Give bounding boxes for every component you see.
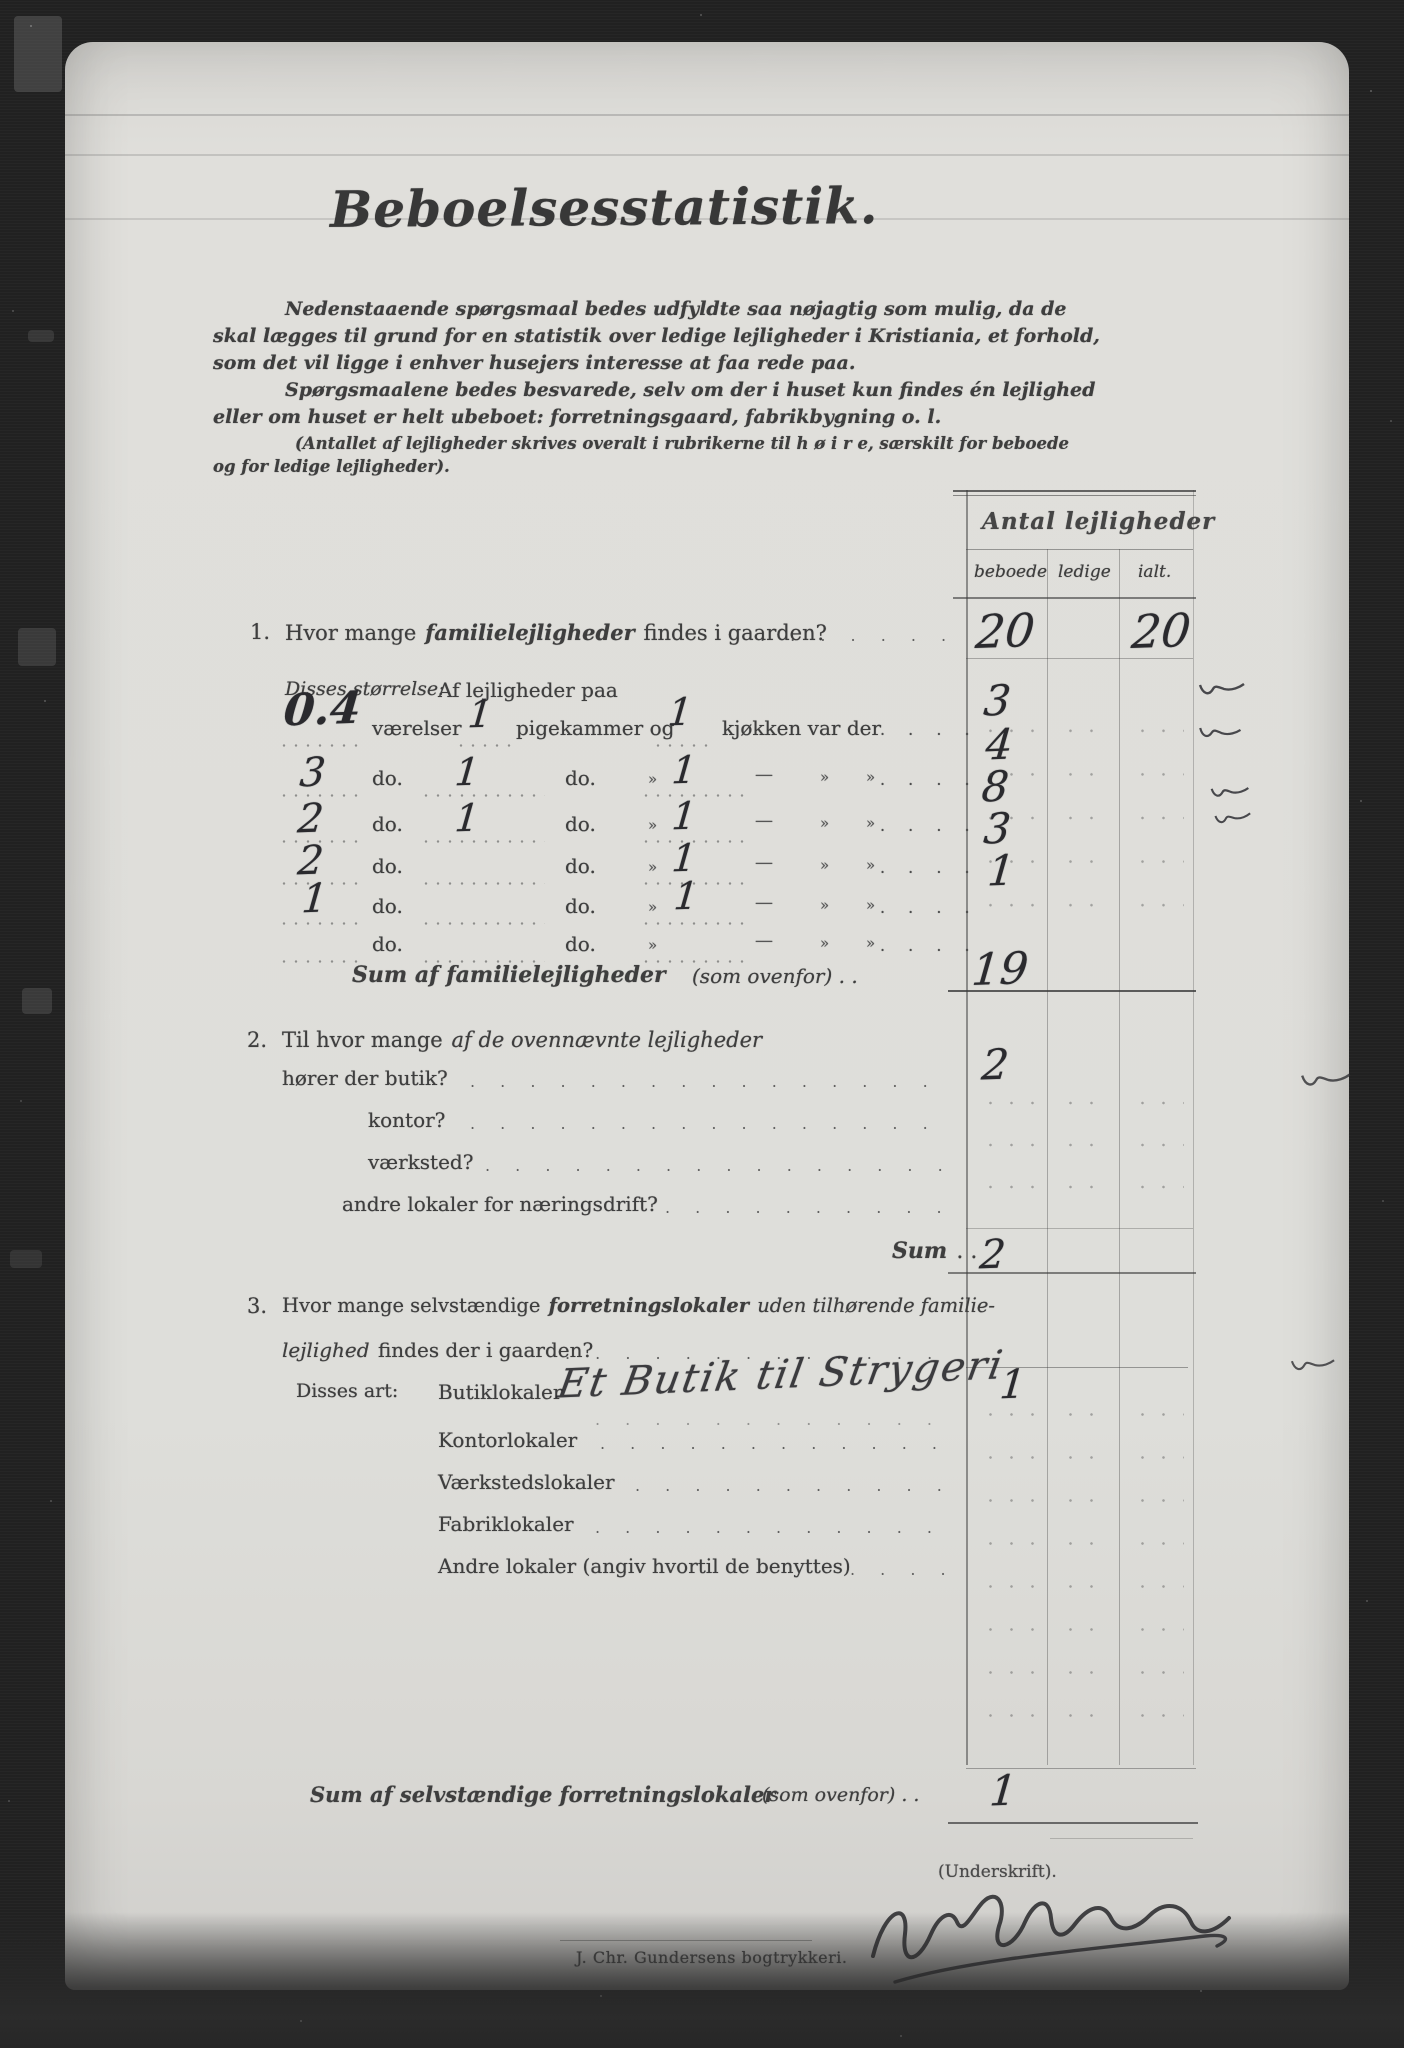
q1-row2-rooms: 2 bbox=[296, 796, 326, 843]
q1-row1-rooms: 3 bbox=[298, 750, 328, 797]
table-cell-dots bbox=[1128, 1392, 1184, 1744]
q3-text-emphasis: forretningslokaler bbox=[549, 1294, 749, 1317]
film-edge-mark bbox=[10, 1250, 42, 1268]
ditto-mark: » bbox=[648, 770, 657, 788]
table-vline-left bbox=[966, 490, 968, 1765]
intro-line-4: Spørgsmaalene bedes besvarede, selv om d… bbox=[285, 379, 1095, 401]
table-col-ialt: ialt. bbox=[1138, 562, 1171, 582]
dot-leader: . . . . . . . . . . . . . . . . . . . . … bbox=[595, 1412, 948, 1428]
film-edge-mark bbox=[28, 330, 54, 342]
table-col-beboede: beboede bbox=[974, 562, 1047, 582]
q1-row3-pigelabel: do. bbox=[565, 854, 596, 878]
q1-row4-rooms: 1 bbox=[300, 876, 330, 923]
q2-item-kontor: kontor? bbox=[368, 1108, 445, 1132]
checkmark-icon bbox=[1300, 1068, 1352, 1094]
q1-text-emphasis: familielejligheder bbox=[425, 620, 634, 645]
q1-row2-pigelabel: do. bbox=[565, 812, 596, 836]
row-dots: . . . . bbox=[880, 858, 979, 877]
q1-row5-unit: do. bbox=[372, 932, 403, 956]
q2-item-andre: andre lokaler for næringsdrift? bbox=[342, 1192, 658, 1216]
q3-item-vaerkstedslokaler: Værkstedslokaler bbox=[438, 1470, 615, 1494]
q2-sum-rule bbox=[948, 1272, 1196, 1274]
q1-row2-pige: 1 bbox=[453, 796, 481, 841]
q3-art-label: Disses art: bbox=[296, 1380, 398, 1402]
q1-row4-unit: do. bbox=[372, 894, 403, 918]
scan-bottom-shadow bbox=[0, 1912, 1404, 2048]
dot-leader: . . . . . . . . . . . . . . . . . . . . … bbox=[470, 1074, 948, 1090]
q1-sum-label-suffix: (som ovenfor) . . bbox=[692, 964, 858, 988]
dash-mark: — bbox=[755, 892, 773, 913]
dotted-blank bbox=[278, 744, 364, 747]
dotted-blank bbox=[420, 840, 545, 843]
intro-line-3: som det vil ligge i enhver husejers inte… bbox=[213, 352, 855, 374]
q3-item-fabriklokaler: Fabriklokaler bbox=[438, 1512, 574, 1536]
table-cell-dots bbox=[1056, 708, 1108, 936]
ditto-mark: » bbox=[648, 898, 657, 916]
table-vline-right bbox=[1193, 490, 1194, 1765]
q1-row4-pigelabel: do. bbox=[565, 894, 596, 918]
q2-item-vaerksted: værksted? bbox=[368, 1150, 473, 1174]
q3-line2-rest: findes der i gaarden? bbox=[378, 1338, 593, 1362]
dot-leader: . . . . . . . . . . . . . . . . . . . . … bbox=[600, 1436, 948, 1452]
dotted-blank bbox=[640, 922, 745, 925]
q1-ialt-handwritten: 20 bbox=[1130, 603, 1194, 659]
q2-text-italic: af de ovennævnte lejligheder bbox=[452, 1028, 763, 1052]
q1-row1-kjok: 1 bbox=[670, 748, 698, 793]
ditto-mark: » bbox=[648, 858, 657, 876]
dot-leader: . . . . . . . . . . . . . . . . . . . . … bbox=[485, 1158, 948, 1174]
q3-text-italic: uden tilhørende familie- bbox=[757, 1294, 995, 1317]
q1-row1-pigelabel: do. bbox=[565, 766, 596, 790]
table-col-ledige: ledige bbox=[1058, 562, 1111, 582]
q1-row2-kjok: 1 bbox=[670, 794, 698, 839]
row-dots: . . . . bbox=[880, 936, 979, 955]
table-header: Antal lejligheder bbox=[982, 508, 1215, 535]
intro-line-6: (Antallet af lejligheder skrives overalt… bbox=[295, 434, 1069, 453]
intro-line-2: skal lægges til grund for en statistik o… bbox=[213, 325, 1100, 347]
q1-sum-label: Sum af familielejligheder bbox=[352, 962, 666, 988]
row-dots: . . . . bbox=[880, 770, 979, 789]
q1-size-label-rest: Af lejligheder paa bbox=[438, 678, 618, 702]
table-cell-dots bbox=[1056, 1392, 1108, 1744]
ditto-mark: » bbox=[648, 936, 657, 954]
dash-mark: — bbox=[755, 764, 773, 785]
q3-line2-italic: lejlighed bbox=[282, 1338, 370, 1362]
dotted-blank bbox=[420, 882, 545, 885]
q1-row3-unit: do. bbox=[372, 854, 403, 878]
q2-sum-top-rule bbox=[966, 1228, 1193, 1229]
table-cell-dots bbox=[1056, 1081, 1108, 1213]
dash-mark: — bbox=[755, 852, 773, 873]
intro-line-7: og for ledige lejligheder). bbox=[213, 457, 450, 476]
dot-leader: . . . . . . . . . . . . . . . . . . . . … bbox=[665, 1200, 948, 1216]
film-edge-mark bbox=[14, 16, 62, 92]
row-dots: . . . . bbox=[880, 816, 979, 835]
q1-sum-value-handwritten: 19 bbox=[970, 943, 1031, 996]
q1-row0-kjoklabel: kjøkken var der bbox=[722, 716, 881, 740]
table-header-rule bbox=[966, 549, 1193, 550]
film-edge-mark bbox=[18, 628, 56, 666]
q2-sum-dots: . . bbox=[956, 1239, 977, 1264]
dot-leader: . . . . . . . . . . . . . . . . . . . . … bbox=[850, 1562, 948, 1578]
table-cell-dots bbox=[976, 1392, 1034, 1744]
checkmark-icon bbox=[1290, 1354, 1336, 1378]
q1-row0-pigelabel: pigekammer og bbox=[516, 716, 674, 740]
intro-line-1: Nedenstaaende spørgsmaal bedes udfyldte … bbox=[285, 298, 1067, 320]
scan-artifact-line bbox=[65, 154, 1349, 156]
table-vline-2 bbox=[1119, 549, 1120, 1765]
q3-item-butiklokaler: Butiklokaler bbox=[438, 1380, 562, 1404]
table-cell-dots bbox=[1128, 708, 1184, 936]
dot-leader: . . . . . . . . . . . . . . . . . . . . … bbox=[470, 1116, 948, 1132]
dotted-blank bbox=[455, 744, 511, 747]
q1-answer-rule bbox=[966, 658, 1193, 659]
q1-text: Hvor mange bbox=[285, 621, 416, 645]
dotted-blank bbox=[420, 922, 545, 925]
q1-number: 1. bbox=[250, 620, 270, 644]
q3-number: 3. bbox=[247, 1294, 267, 1318]
dotted-blank bbox=[420, 794, 545, 797]
q1-beboede-handwritten: 20 bbox=[974, 603, 1038, 659]
q1-row0-rooms: 0.4 bbox=[282, 683, 363, 737]
q1-row0-pige: 1 bbox=[466, 692, 494, 737]
q2-item-butik: hører der butik? bbox=[282, 1066, 448, 1090]
row-dots: . . . . bbox=[880, 898, 979, 917]
table-cell-dots bbox=[1128, 1081, 1184, 1213]
checkmark-icon bbox=[1197, 720, 1243, 747]
q1-row0-kjok: 1 bbox=[666, 690, 694, 735]
table-top-rule2 bbox=[953, 495, 1196, 496]
checkmark-icon bbox=[1210, 782, 1250, 804]
q3-sum-rule2 bbox=[1050, 1838, 1193, 1839]
intro-line-5: eller om huset er helt ubeboet: forretni… bbox=[213, 406, 941, 428]
checkmark-icon bbox=[1198, 678, 1246, 702]
q2-text: Til hvor mange bbox=[282, 1028, 443, 1052]
film-speckles bbox=[0, 0, 2, 2]
q1-row5-pigelabel: do. bbox=[565, 932, 596, 956]
dot-leader: . . . . . . . . . . . . . . . . . . . . … bbox=[635, 1478, 948, 1494]
dotted-blank bbox=[652, 744, 714, 747]
q3-sum-value-handwritten: 1 bbox=[988, 1766, 1019, 1816]
table-cell-dots bbox=[976, 1081, 1034, 1213]
checkmark-icon bbox=[1213, 807, 1252, 831]
page-title: Beboelsesstatistik. bbox=[330, 176, 879, 239]
q3-item-andre-lokaler: Andre lokaler (angiv hvortil de benyttes… bbox=[438, 1554, 851, 1578]
q1-sum-rule bbox=[948, 990, 1196, 992]
q3-sum-label: Sum af selvstændige forretningslokaler bbox=[310, 1782, 775, 1807]
table-vline-1 bbox=[1047, 549, 1048, 1765]
dash-mark: — bbox=[755, 810, 773, 831]
q3-sum-label-suffix: (som ovenfor) . . bbox=[762, 1784, 919, 1806]
q2-sum-label: Sum bbox=[892, 1238, 947, 1264]
q1-dot-leader: . . . . . . . . . . . . . . . . . . . . … bbox=[760, 628, 948, 644]
scanned-page: Beboelsesstatistik. Nedenstaaende spørgs… bbox=[0, 0, 1404, 2048]
row-dots: . . . . bbox=[880, 720, 979, 739]
film-edge-mark bbox=[22, 988, 52, 1014]
q1-row2-unit: do. bbox=[372, 812, 403, 836]
q3-sum-rule bbox=[948, 1822, 1198, 1824]
q1-row1-pige: 1 bbox=[453, 750, 481, 795]
q1-row4-kjok: 1 bbox=[672, 874, 700, 919]
q3-item-kontorlokaler: Kontorlokaler bbox=[438, 1428, 577, 1452]
dotted-blank bbox=[278, 922, 364, 925]
q1-row0-unit: værelser bbox=[372, 716, 462, 740]
table-top-rule bbox=[953, 490, 1196, 492]
ditto-mark: » bbox=[648, 816, 657, 834]
table-cell-dots bbox=[976, 708, 1034, 936]
q3-text: Hvor mange selvstændige bbox=[282, 1294, 540, 1317]
dash-mark: — bbox=[755, 930, 773, 951]
dot-leader: . . . . . . . . . . . . . . . . . . . . … bbox=[595, 1520, 948, 1536]
q2-number: 2. bbox=[247, 1028, 267, 1052]
q1-row1-unit: do. bbox=[372, 766, 403, 790]
table-colhead-rule bbox=[953, 597, 1196, 599]
scan-artifact-line bbox=[65, 114, 1349, 116]
